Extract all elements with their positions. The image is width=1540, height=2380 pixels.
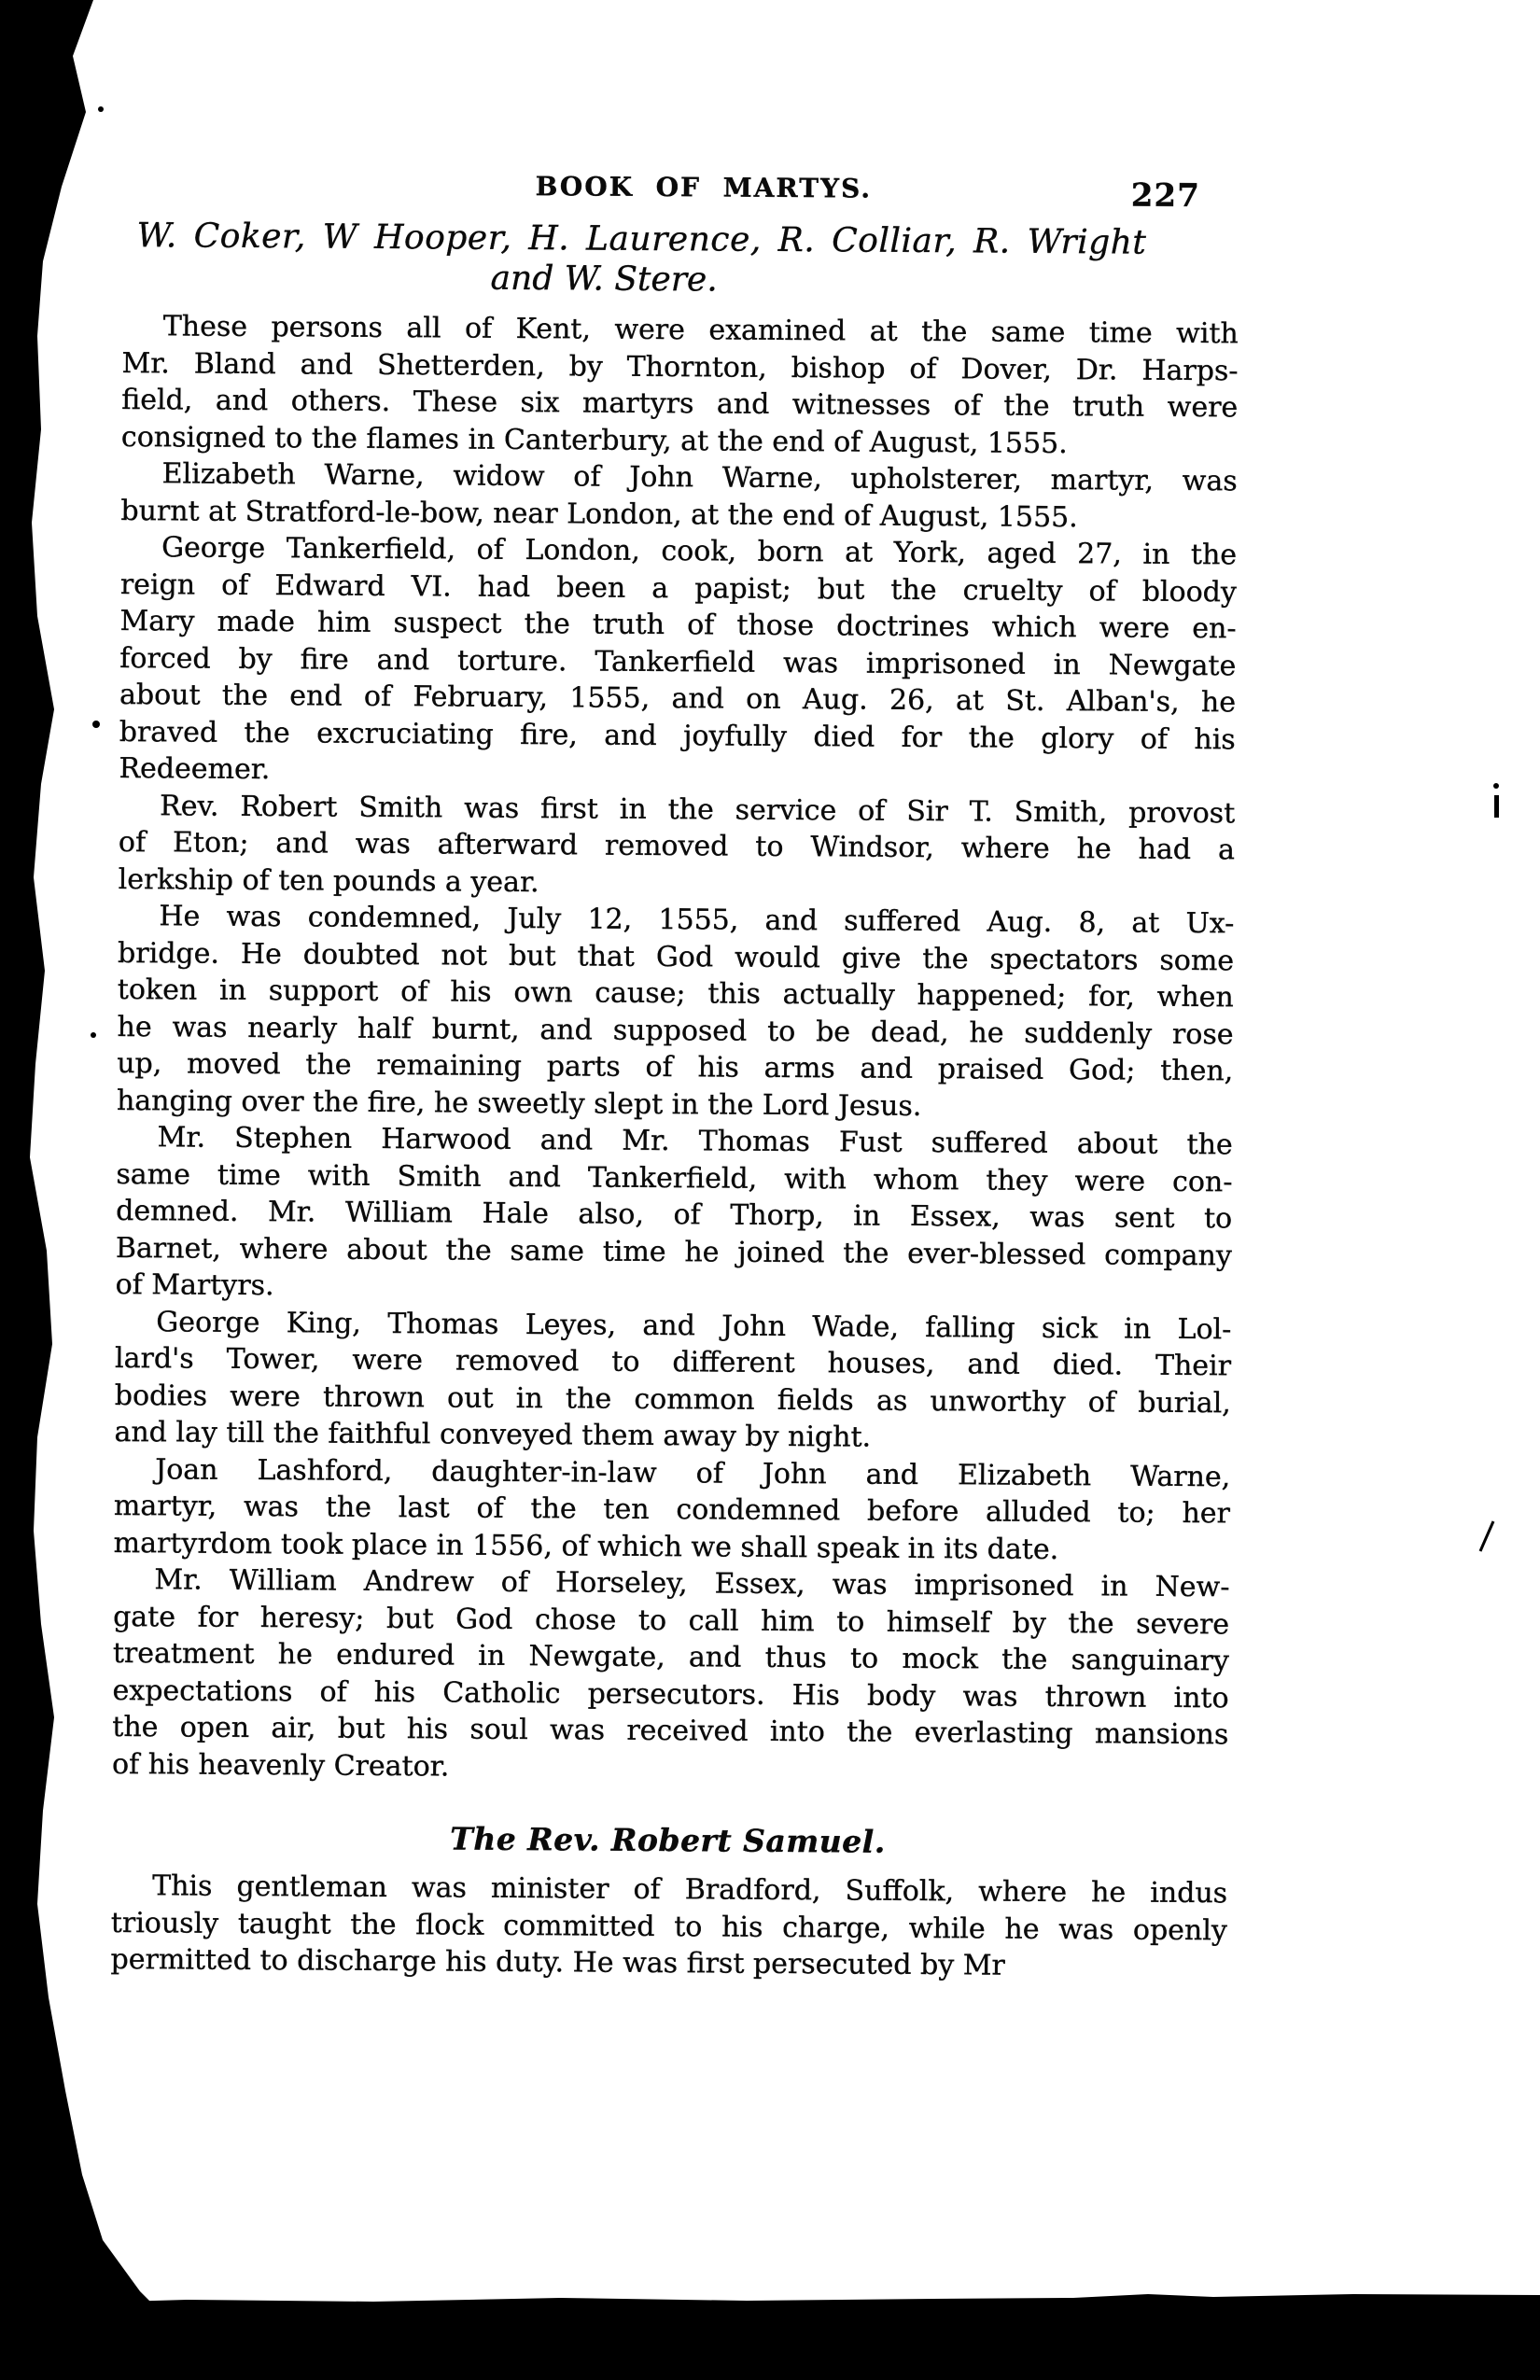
ink-speck (92, 721, 100, 728)
paragraph: These persons all of Kent, were examined… (121, 308, 1239, 463)
page-number: 227 (1131, 177, 1200, 216)
ink-speck (91, 1032, 96, 1038)
ink-speck (98, 106, 104, 112)
paragraph: Elizabeth Warne, widow of John Warne, up… (120, 455, 1238, 537)
paragraph: Mr. William Andrew of Horseley, Essex, w… (112, 1561, 1230, 1790)
text-line: Barnet, where about the same time he joi… (116, 1229, 1232, 1274)
paragraph: He was condemned, July 12, 1555, and suf… (117, 898, 1235, 1127)
slash-mark (1480, 1521, 1493, 1551)
paragraph: Mr. Stephen Harwood and Mr. Thomas Fust … (116, 1119, 1233, 1311)
paragraph: George Tankerfield, of London, cook, bor… (119, 529, 1237, 795)
chapter-title-line2: and W. Stere. (46, 256, 1162, 301)
edge-mark (1494, 795, 1499, 818)
ink-speck (1493, 783, 1499, 789)
body-text: These persons all of Kent, were examined… (112, 308, 1239, 1790)
paragraph: Joan Lashford, daughter-in-law of John a… (114, 1450, 1231, 1569)
scanned-book-page: { "page": { "running_head": "BOOK OF MAR… (0, 0, 1540, 2380)
chapter-title-line1: W. Coker, W Hooper, H. Laurence, R. Coll… (83, 217, 1199, 262)
bottom-scan-shadow (0, 2294, 1540, 2380)
paragraph: Rev. Robert Smith was first in the servi… (119, 787, 1236, 905)
paragraph: This gentleman was minister of Bradford,… (110, 1868, 1227, 1986)
running-head: BOOK OF MARTYS. (146, 168, 1262, 206)
text-line: of his heavenly Creator. (112, 1745, 1228, 1790)
text-line: braved the excruciating fire, and joyful… (119, 713, 1236, 758)
paragraph: George King, Thomas Leyes, and John Wade… (114, 1303, 1231, 1458)
text-line: permitted to discharge his duty. He was … (110, 1941, 1226, 1986)
section-subheading: The Rev. Robert Samuel. (109, 1818, 1225, 1862)
body-text-after: This gentleman was minister of Bradford,… (110, 1868, 1227, 1986)
page-content: BOOK OF MARTYS. 227 W. Coker, W Hooper, … (110, 168, 1239, 1986)
running-header-row: BOOK OF MARTYS. 227 (123, 168, 1239, 218)
